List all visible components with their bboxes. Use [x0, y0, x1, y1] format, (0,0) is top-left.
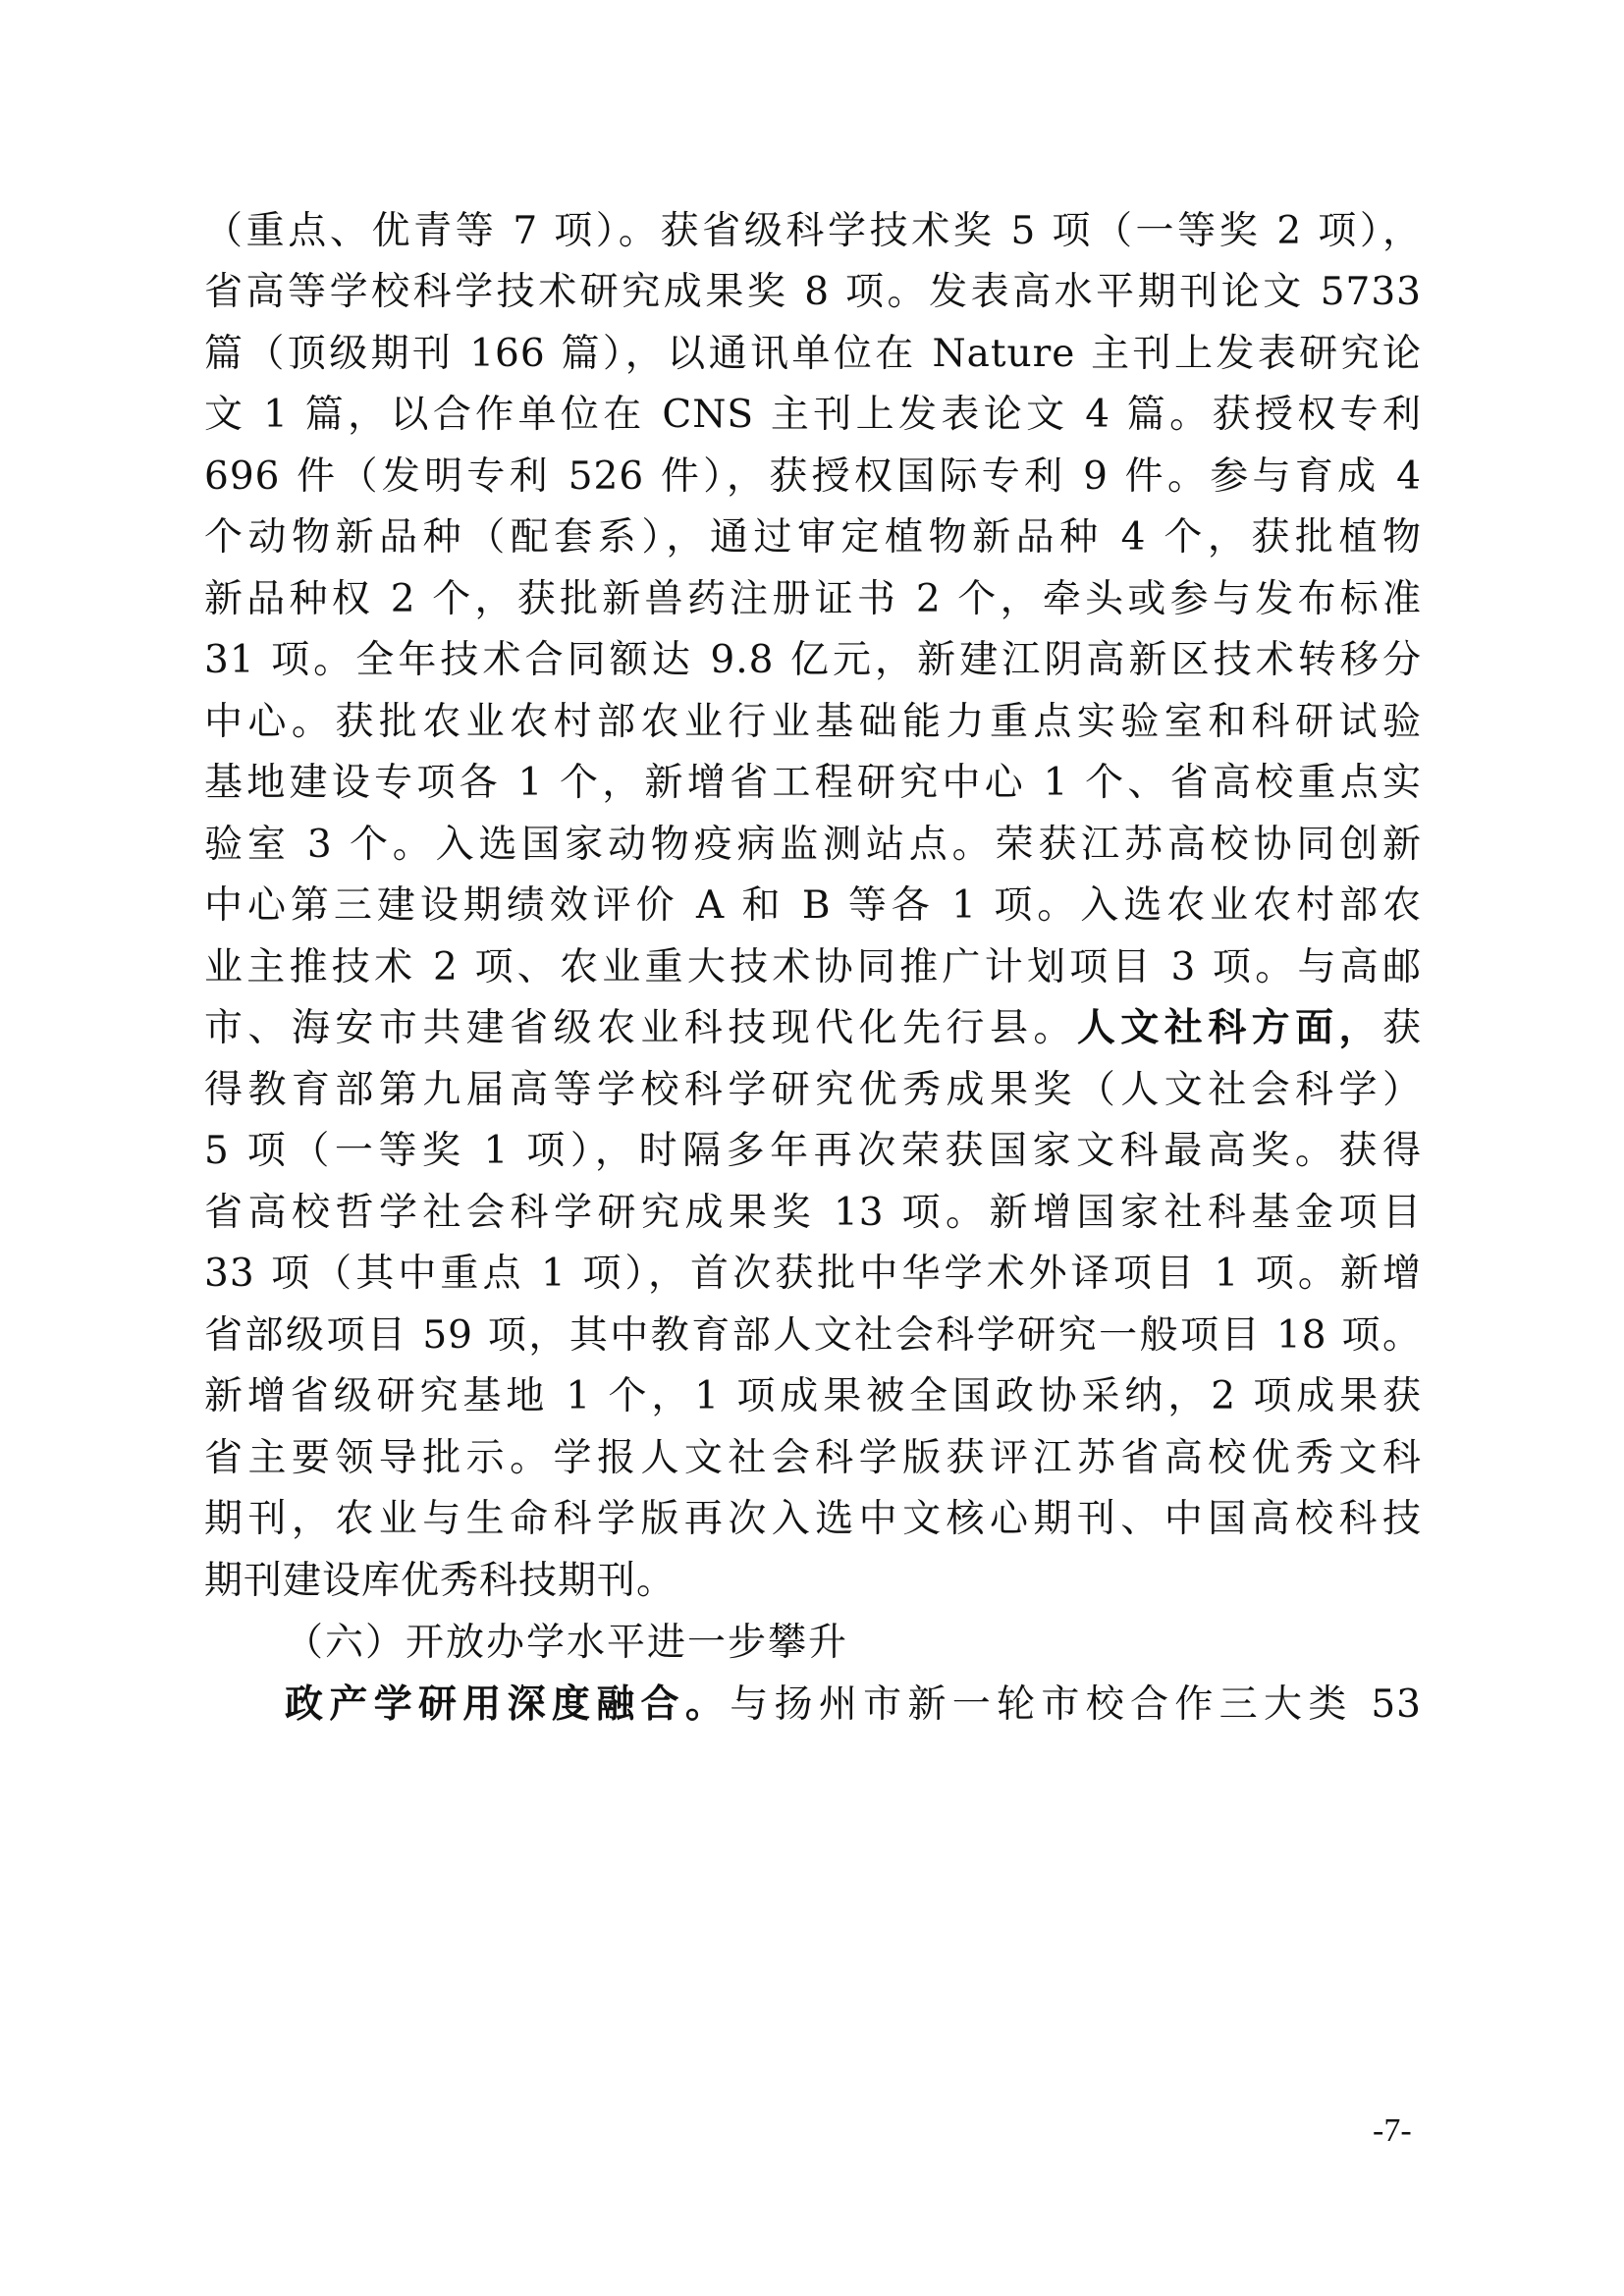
- body-line: 篇（顶级期刊 166 篇），以通讯单位在 Nature 主刊上发表研究论: [204, 324, 1422, 385]
- body-line: 个动物新品种（配套系），通过审定植物新品种 4 个，获批植物: [204, 507, 1422, 568]
- body-line: 省部级项目 59 项，其中教育部人文社会科学研究一般项目 18 项。: [204, 1306, 1422, 1366]
- document-page: （重点、优青等 7 项）。获省级科学技术奖 5 项（一等奖 2 项）， 省高等学…: [0, 0, 1624, 2296]
- body-line-last: 期刊建设库优秀科技期刊。: [204, 1551, 1422, 1612]
- body-line: 696 件（发明专利 526 件），获授权国际专利 9 件。参与育成 4: [204, 447, 1422, 507]
- body-line: 中心。获批农业农村部农业行业基础能力重点实验室和科研试验: [204, 692, 1422, 753]
- paragraph-first-line: 政产学研用深度融合。与扬州市新一轮市校合作三大类 53: [285, 1675, 1422, 1735]
- body-line: 得教育部第九届高等学校科学研究优秀成果奖（人文社会科学）: [204, 1060, 1422, 1121]
- body-line: 业主推技术 2 项、农业重大技术协同推广计划项目 3 项。与高邮: [204, 937, 1422, 998]
- body-line: 省高校哲学社会科学研究成果奖 13 项。新增国家社科基金项目: [204, 1183, 1422, 1244]
- body-line: 期刊，农业与生命科学版再次入选中文核心期刊、中国高校科技: [204, 1489, 1422, 1550]
- line-text: 获: [1382, 1006, 1422, 1050]
- body-line: 新品种权 2 个，获批新兽药注册证书 2 个，牵头或参与发布标准: [204, 569, 1422, 630]
- line-text: 市、海安市共建省级农业科技现代化先行县。: [204, 1006, 1077, 1050]
- page-number: -7-: [1373, 2112, 1412, 2150]
- body-line: 31 项。全年技术合同额达 9.8 亿元，新建江阴高新区技术转移分: [204, 630, 1422, 691]
- body-line: 验室 3 个。入选国家动物疫病监测站点。荣获江苏高校协同创新: [204, 815, 1422, 876]
- body-line: 省高等学校科学技术研究成果奖 8 项。发表高水平期刊论文 5733: [204, 262, 1422, 323]
- section-heading: （六）开放办学水平进一步攀升: [285, 1613, 848, 1674]
- body-line: 文 1 篇，以合作单位在 CNS 主刊上发表论文 4 篇。获授权专利: [204, 385, 1422, 446]
- body-line: 省主要领导批示。学报人文社会科学版获评江苏省高校优秀文科: [204, 1428, 1422, 1489]
- body-line-with-bold: 市、海安市共建省级农业科技现代化先行县。人文社科方面，获: [204, 998, 1422, 1059]
- body-line: 5 项（一等奖 1 项），时隔多年再次荣获国家文科最高奖。获得: [204, 1121, 1422, 1182]
- bold-lead-humanities: 人文社科方面，: [1077, 1006, 1382, 1050]
- line-text: 与扬州市新一轮市校合作三大类 53: [730, 1682, 1422, 1727]
- body-line: 基地建设专项各 1 个，新增省工程研究中心 1 个、省高校重点实: [204, 753, 1422, 814]
- body-line: 中心第三建设期绩效评价 A 和 B 等各 1 项。入选农业农村部农: [204, 876, 1422, 936]
- bold-lead-collaboration: 政产学研用深度融合。: [285, 1682, 730, 1727]
- body-line: 新增省级研究基地 1 个，1 项成果被全国政协采纳，2 项成果获: [204, 1366, 1422, 1427]
- body-line: （重点、优青等 7 项）。获省级科学技术奖 5 项（一等奖 2 项），: [204, 201, 1422, 262]
- body-line: 33 项（其中重点 1 项），首次获批中华学术外译项目 1 项。新增: [204, 1244, 1422, 1305]
